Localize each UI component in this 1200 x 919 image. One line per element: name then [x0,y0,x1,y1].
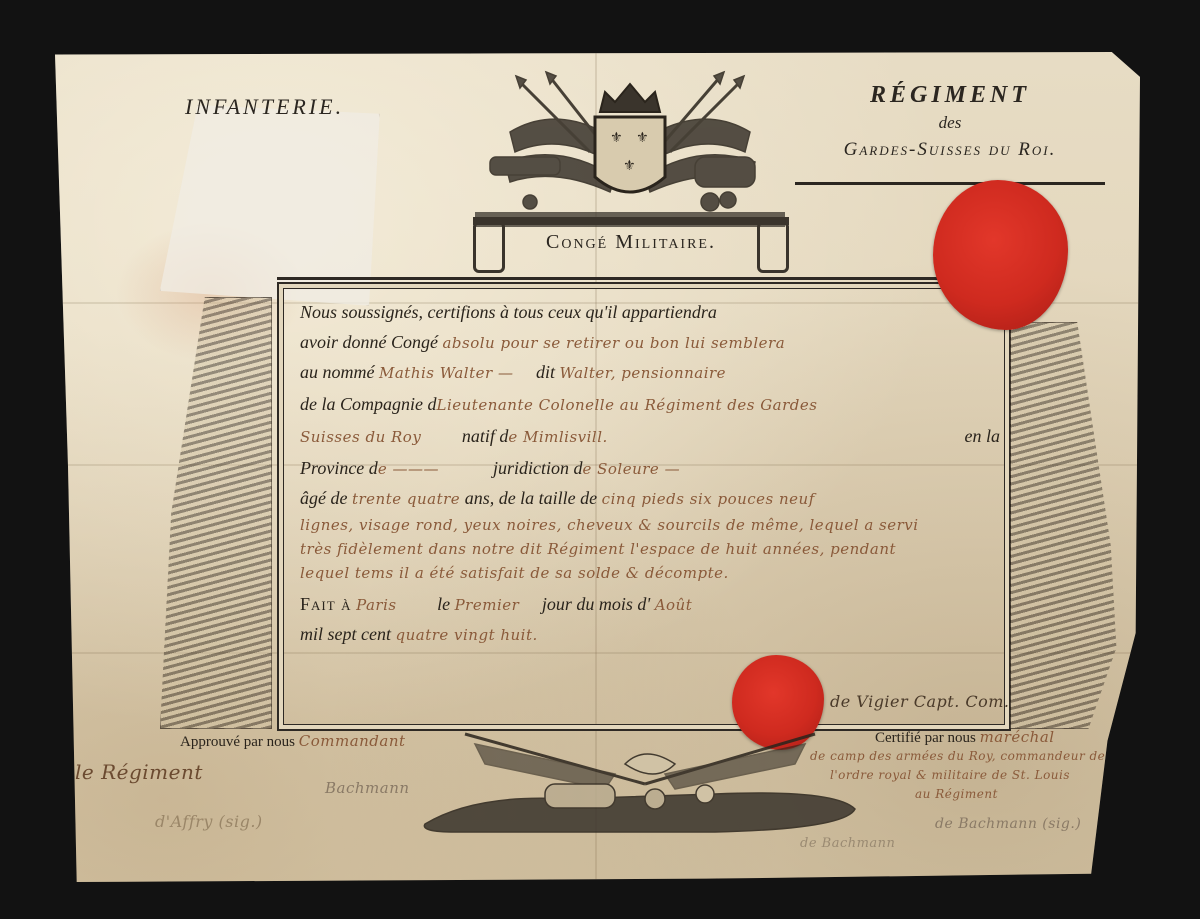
svg-text:⚜: ⚜ [610,130,623,146]
handwritten-title: Commandant [299,732,406,750]
printed-text: dit [536,362,555,382]
body-line-4: de la Compagnie dLieutenante Colonelle a… [300,394,817,415]
printed-text: Nous soussignés, certifions à tous ceux … [300,302,717,322]
scroll-ornament-icon [473,221,505,273]
title-banner: Congé Militaire. [473,217,789,275]
body-line-fait: Fait à Paris le Premier jour du mois d' … [300,594,692,615]
svg-text:⚜: ⚜ [636,130,649,146]
signature-certifier: de Bachmann (sig.) [935,816,1081,832]
printed-text: le [437,594,450,614]
handwritten-soldier-name: Mathis Walter — [379,364,513,382]
printed-text: au nommé [300,362,375,382]
svg-text:⚜: ⚜ [623,158,636,174]
signature-bachmann: Bachmann [325,779,410,797]
printed-text: juridiction d [493,458,583,478]
body-line-5: Suisses du Roy natif de Mimlisvill. en l… [300,426,1000,447]
red-wax-seal-icon [933,180,1068,330]
printed-text: ans, de la taille de [465,488,597,508]
printed-text: mil sept cent [300,624,391,644]
body-line-1: Nous soussignés, certifions à tous ceux … [300,302,717,323]
handwritten-province: e ——— [378,460,439,478]
signature-de-bachmann: de Bachmann [800,836,895,851]
handwritten-certifier-line4: au Régiment [915,787,998,801]
body-line-9: très fidèlement dans notre dit Régiment … [300,540,896,558]
header-rule [795,182,1105,185]
handwritten-month: Août [655,596,693,614]
frame-top-rule [277,277,1007,280]
body-line-6: Province de ——— juridiction de Soleure — [300,458,680,479]
handwritten-age: trente quatre [352,490,460,508]
handwritten-certifier-line2: de camp des armées du Roy, commandeur de [810,749,1105,763]
handwritten-company: Lieutenante Colonelle au Régiment des Ga… [437,396,818,414]
printed-text: avoir donné Congé [300,332,438,352]
printed-text: de la Compagnie d [300,394,437,414]
printed-text: natif d [462,426,509,446]
printed-text: Approuvé par nous [180,734,295,750]
header-regiment: RÉGIMENT des Gardes-Suisses du Roi. [795,82,1105,161]
military-trophy-footer-ornament-icon [415,724,865,836]
handwritten-conge-type: absolu pour se retirer ou bon lui semble… [442,334,785,352]
handwritten-company-cont: Suisses du Roy [300,428,421,446]
handwritten-alias: Walter, pensionnaire [559,364,726,382]
handwritten-height: cinq pieds six pouces neuf [602,490,815,508]
handwritten-birthplace: e Mimlisvill. [508,428,607,446]
printed-text: Fait à [300,594,352,614]
header-regiment-line1: RÉGIMENT [795,82,1105,109]
printed-text: jour du mois d' [542,594,650,614]
body-line-8: lignes, visage rond, yeux noires, cheveu… [300,516,919,534]
body-line-year: mil sept cent quatre vingt huit. [300,624,538,645]
handwritten-place: Paris [356,596,397,614]
certificate-paper: INFANTERIE. RÉGIMENT des Gardes-Suisses … [55,52,1140,882]
printed-text: Province d [300,458,378,478]
title-conge-militaire: Congé Militaire. [503,231,759,254]
printed-text: Certifié par nous [875,730,976,746]
handwritten-certifier-line3: l'ordre royal & militaire de St. Louis [830,768,1070,782]
right-military-trophy-ornament-icon [1010,322,1122,729]
printed-text: en la [965,426,1001,447]
signature-approver: d'Affry (sig.) [155,812,263,831]
handwritten-regiment: le Régiment [75,760,203,784]
approuve-block: Approuvé par nous Commandant [180,732,406,751]
handwritten-rank: maréchal [980,728,1055,746]
captain-signature: de Vigier Capt. Com. [830,692,1010,711]
header-regiment-line2: des [795,113,1105,133]
handwritten-jurisdiction: e Soleure — [582,460,680,478]
scroll-ornament-icon [757,221,789,273]
body-line-7: âgé de trente quatre ans, de la taille d… [300,488,815,509]
header-infanterie: INFANTERIE. [185,94,344,120]
royal-coat-of-arms-icon: ⚜ ⚜ ⚜ [470,62,790,227]
body-line-3: au nommé Mathis Walter — dit Walter, pen… [300,362,726,383]
handwritten-year: quatre vingt huit. [395,626,537,644]
header-regiment-line3: Gardes-Suisses du Roi. [795,139,1105,161]
printed-text: âgé de [300,488,347,508]
body-line-2: avoir donné Congé absolu pour se retirer… [300,332,785,353]
body-line-10: lequel tems il a été satisfait de sa sol… [300,564,729,582]
handwritten-day: Premier [455,596,520,614]
certifie-block: Certifié par nous maréchal [875,728,1055,747]
